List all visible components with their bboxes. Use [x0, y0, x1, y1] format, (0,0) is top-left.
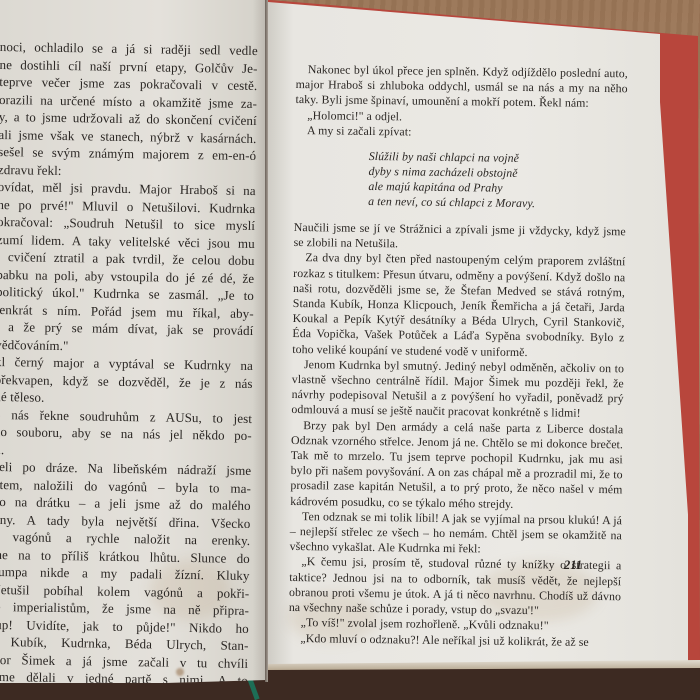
paragraph: „Kdo mluví o odznaku?! Ale neříkal jsi u… [288, 630, 620, 650]
paragraph: Brzy pak byl Den armády a celá naše part… [290, 418, 623, 514]
paragraph: Naučili jsme se jí ve Strážnici a zpíval… [294, 220, 626, 255]
right-page: Nakonec byl úkol přece jen splněn. Když … [268, 2, 688, 670]
book-spine-gutter [265, 0, 268, 682]
poem-verse: a ten neví, co sú chlapci z Moravy. [368, 194, 626, 212]
paragraph: Ten odznak se mi tolik líbil! A jak se v… [290, 509, 623, 559]
paragraph: Za dva dny byl čten před nastoupeným cel… [292, 250, 625, 361]
poem-block: Slúžili by naši chlapci na vojně dyby s … [368, 149, 627, 212]
paragraph: Nakonec byl úkol přece jen splněn. Když … [295, 62, 628, 112]
page-number: 211 [564, 558, 582, 573]
paragraph: Jenom Kudrnka byl smutný. Jediný nebyl o… [291, 357, 624, 422]
paragraph: A my si začali zpívat: [295, 123, 627, 143]
photo-scene: noci, ochladilo se a já si raději sedl v… [0, 0, 700, 700]
left-page-text: noci, ochladilo se a já si raději sedl v… [0, 38, 258, 683]
left-page: noci, ochladilo se a já si raději sedl v… [0, 0, 266, 683]
